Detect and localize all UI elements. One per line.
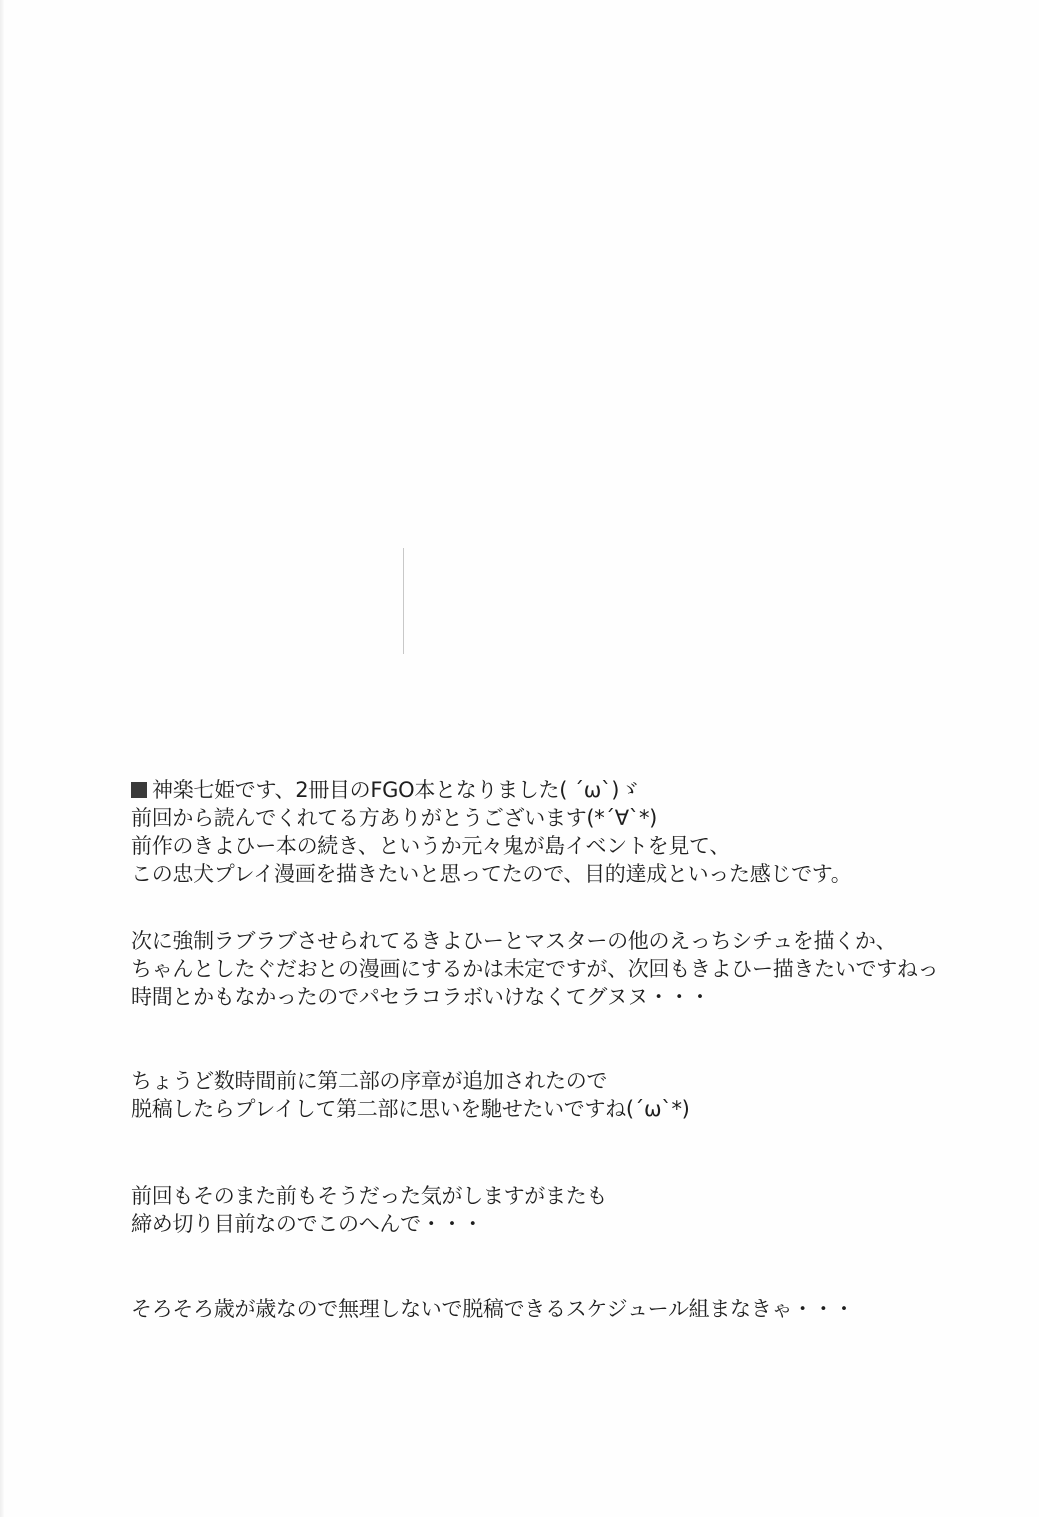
page-gutter-line — [403, 548, 404, 654]
afterword-line: 次に強制ラブラブさせられてるきよひーとマスターの他のえっちシチュを描くか、 — [131, 927, 896, 955]
afterword-line: 脱稿したらプレイして第二部に思いを馳せたいですね(´ω`*) — [131, 1095, 690, 1123]
afterword-line: そろそろ歳が歳なので無理しないで脱稿できるスケジュール組まなきゃ・・・ — [131, 1295, 854, 1323]
afterword-line: 前作のきよひー本の続き、というか元々鬼が島イベントを見て、 — [131, 832, 730, 860]
afterword-line: ちゃんとしたぐだおとの漫画にするかは未定ですが、次回もきよひー描きたいですねっ — [131, 955, 938, 983]
afterword-line: 前回もそのまた前もそうだった気がしますがまたも — [131, 1182, 607, 1210]
afterword-line: 締め切り目前なのでこのへんで・・・ — [131, 1210, 483, 1238]
afterword-line: 前回から読んでくれてる方ありがとうございます(*´∀`*) — [131, 804, 657, 832]
afterword-page: 神楽七姫です、2冊目のFGO本となりました( ´ω`)ゞ 前回から読んでくれてる… — [0, 0, 1039, 1517]
afterword-line: ちょうど数時間前に第二部の序章が追加されたので — [131, 1067, 607, 1095]
line-text: 神楽七姫です、2冊目のFGO本となりました( ´ω`)ゞ — [152, 778, 640, 802]
scan-edge-shadow — [0, 0, 4, 1517]
afterword-line: 神楽七姫です、2冊目のFGO本となりました( ´ω`)ゞ — [131, 776, 640, 804]
afterword-line: この忠犬プレイ漫画を描きたいと思ってたので、目的達成といった感じです。 — [131, 860, 852, 888]
black-square-bullet-icon — [131, 782, 147, 798]
afterword-line: 時間とかもなかったのでパセラコラボいけなくてグヌヌ・・・ — [131, 983, 710, 1011]
